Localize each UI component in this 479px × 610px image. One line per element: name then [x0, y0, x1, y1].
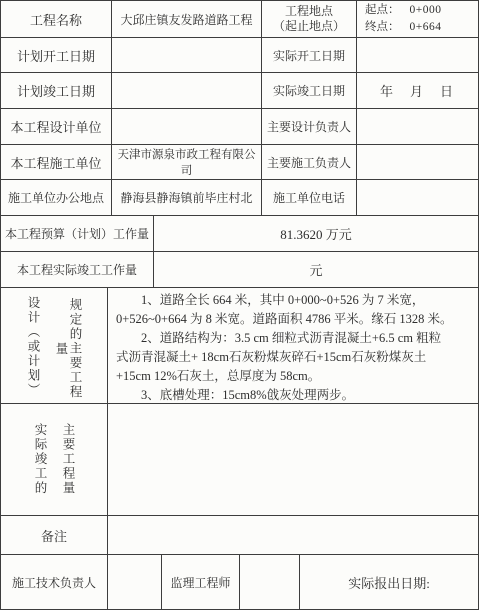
actual-quantities-label: 实际竣工的 主要工程量	[1, 404, 107, 515]
end-point-label: 终点：	[365, 19, 400, 36]
project-overview-form: 工程名称 大邱庄镇友发路道路工程 工程地点 （起止地点） 起点： 0+000 终…	[0, 0, 479, 610]
row-start-dates: 计划开工日期 实际开工日期	[1, 37, 478, 72]
actual-start-label: 实际开工日期	[261, 38, 356, 72]
design-quantities-content: 1、道路全长 664 米，其中 0+000~0+526 为 7 米宽， 0+52…	[107, 288, 478, 403]
project-name-label: 工程名称	[1, 1, 111, 37]
row-design-unit: 本工程设计单位 主要设计负责人	[1, 108, 478, 144]
remarks-value	[107, 516, 478, 554]
design-quantities-label-right: 规定的主要工程量	[54, 296, 82, 402]
design-quantities-label: 设计（或计划） 规定的主要工程量	[1, 288, 107, 403]
construction-chief-label: 主要施工负责人	[261, 145, 356, 179]
actual-workload-label: 本工程实际竣工工作量	[1, 252, 153, 287]
office-address-value: 静海县静海镇前毕庄村北	[111, 180, 261, 215]
row-budget-workload: 本工程预算（计划）工作量 81.3620 万元	[1, 215, 478, 251]
row-project-name: 工程名称 大邱庄镇友发路道路工程 工程地点 （起止地点） 起点： 0+000 终…	[1, 1, 478, 37]
design-chief-value	[356, 109, 478, 144]
construction-unit-label: 本工程施工单位	[1, 145, 111, 179]
location-label: 工程地点 （起止地点）	[261, 1, 356, 37]
design-unit-value	[111, 109, 261, 144]
budget-workload-value: 81.3620 万元	[153, 216, 478, 251]
start-point-label: 起点：	[365, 2, 400, 19]
location-value: 起点： 0+000 终点： 0+664	[356, 1, 478, 37]
row-office-address: 施工单位办公地点 静海县静海镇前毕庄村北 施工单位电话	[1, 179, 478, 215]
supervisor-signature	[239, 555, 299, 609]
section-design-quantities: 设计（或计划） 规定的主要工程量 1、道路全长 664 米，其中 0+000~0…	[1, 287, 478, 403]
planned-completion-value	[111, 73, 261, 108]
planned-start-label: 计划开工日期	[1, 38, 111, 72]
design-item-2: 2、道路结构为：3.5 cm 细粒式沥青混凝土+6.5 cm 粗粒 式沥青混凝土…	[116, 329, 470, 386]
supervisor-label: 监理工程师	[161, 555, 239, 609]
actual-quantities-label-right: 主要工程量	[61, 423, 75, 496]
row-completion-dates: 计划竣工日期 实际竣工日期 年 月 日	[1, 72, 478, 108]
design-chief-label: 主要设计负责人	[261, 109, 356, 144]
planned-start-value	[111, 38, 261, 72]
tech-lead-label: 施工技术负责人	[1, 555, 107, 609]
design-item-1: 1、道路全长 664 米，其中 0+000~0+526 为 7 米宽， 0+52…	[116, 291, 470, 329]
budget-workload-label: 本工程预算（计划）工作量	[1, 216, 153, 251]
phone-value	[356, 180, 478, 215]
design-quantities-label-left: 设计（或计划）	[26, 296, 40, 398]
actual-quantities-content	[107, 404, 478, 515]
start-point-value: 0+000	[410, 2, 442, 19]
project-name-value: 大邱庄镇友发路道路工程	[111, 1, 261, 37]
office-address-label: 施工单位办公地点	[1, 180, 111, 215]
remarks-label: 备注	[1, 516, 107, 554]
row-signatures: 施工技术负责人 监理工程师 实际报出日期:	[1, 554, 478, 609]
location-label-line2: （起止地点）	[273, 19, 345, 34]
design-unit-label: 本工程设计单位	[1, 109, 111, 144]
actual-workload-value: 元	[153, 252, 478, 287]
phone-label: 施工单位电话	[261, 180, 356, 215]
actual-quantities-label-left: 实际竣工的	[33, 423, 47, 496]
row-remarks: 备注	[1, 515, 478, 554]
row-actual-workload: 本工程实际竣工工作量 元	[1, 251, 478, 287]
construction-unit-value: 天津市源泉市政工程有限公司	[111, 145, 261, 179]
construction-chief-value	[356, 145, 478, 179]
tech-lead-signature	[107, 555, 161, 609]
actual-completion-value: 年 月 日	[356, 73, 478, 108]
planned-completion-label: 计划竣工日期	[1, 73, 111, 108]
actual-start-value	[356, 38, 478, 72]
location-label-line1: 工程地点	[285, 4, 333, 19]
end-point-value: 0+664	[410, 19, 442, 36]
row-construction-unit: 本工程施工单位 天津市源泉市政工程有限公司 主要施工负责人	[1, 144, 478, 179]
section-actual-quantities: 实际竣工的 主要工程量	[1, 403, 478, 515]
actual-completion-label: 实际竣工日期	[261, 73, 356, 108]
report-date-label: 实际报出日期:	[299, 555, 478, 609]
design-item-3: 3、底槽处理：15cm8%戗灰处理两步。	[116, 386, 470, 403]
